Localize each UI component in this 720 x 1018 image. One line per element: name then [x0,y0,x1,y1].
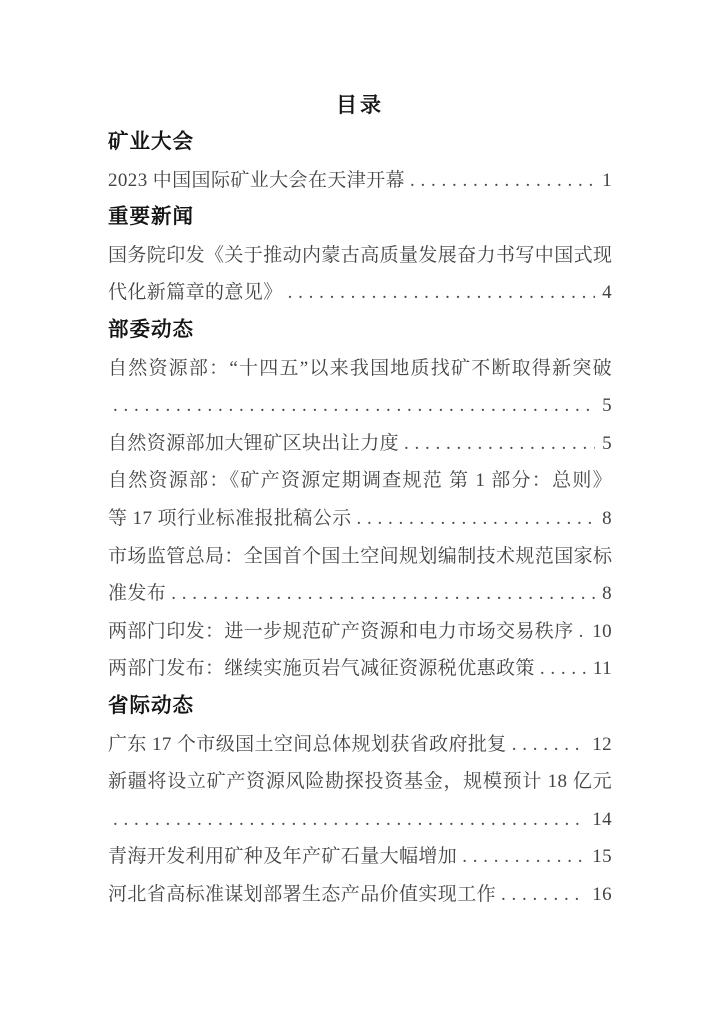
dot-leader: . . . . . . . . . . . . . . . . . . . . … [457,838,585,876]
toc-page-number: 5 [595,387,612,425]
toc-entry-text: 自然资源部加大锂矿区块出让力度 [108,425,399,463]
toc-page-number: 1 [595,162,612,200]
dot-leader: . . . . . . . . . . . . . . . . . . . . … [108,387,595,425]
toc-entry-continuation: 自然资源部：“十四五”以来我国地质找矿不断取得新突破 [108,350,612,388]
toc-entry-text: 2023 中国国际矿业大会在天津开幕 [108,162,405,200]
toc-entry: 广东 17 个市级国土空间总体规划获省政府批复. . . . . . . . .… [108,726,612,764]
dot-leader: . . . . . . . . . . . . . . . . . . . . … [352,500,596,538]
toc-page-number: 8 [595,500,612,538]
toc-entry: 自然资源部加大锂矿区块出让力度. . . . . . . . . . . . .… [108,425,612,463]
toc-page-number: 16 [585,876,612,914]
toc-section-heading: 部委动态 [108,312,612,350]
toc-entry-text: 两部门发布：继续实施页岩气减征资源税优惠政策 [108,650,535,688]
toc-entry-text: 等 17 项行业标准报批稿公示 [108,500,352,538]
toc-page-number: 11 [586,650,612,688]
toc-entry-text: 准发布 [108,575,166,613]
toc-section-heading: 矿业大会 [108,124,612,162]
toc-entry: 河北省高标准谋划部署生态产品价值实现工作. . . . . . . . . . … [108,876,612,914]
toc-entry: 两部门印发：进一步规范矿产资源和电力市场交易秩序. . . . . . . . … [108,613,612,651]
dot-leader: . . . . . . . . . . . . . . . . . . . . … [405,162,595,200]
toc-entry-continuation: 自然资源部：《矿产资源定期调查规范 第 1 部分：总则》 [108,462,612,500]
toc-page-number: 14 [585,801,612,839]
dot-leader: . . . . . . . . . . . . . . . . . . . . … [166,575,595,613]
dot-leader: . . . . . . . . . . . . . . . . . . . . … [283,274,595,312]
dot-leader: . . . . . . . . . . . . . . . . . . . . … [535,650,586,688]
toc-entry-continuation: 国务院印发《关于推动内蒙古高质量发展奋力书写中国式现 [108,237,612,275]
dot-leader: . . . . . . . . . . . . . . . . . . . . … [574,613,586,651]
toc-entry-text: 广东 17 个市级国土空间总体规划获省政府批复 [108,726,507,764]
toc-title: 目录 [108,86,612,124]
toc-entry: 两部门发布：继续实施页岩气减征资源税优惠政策. . . . . . . . . … [108,650,612,688]
toc-page-number: 12 [585,726,612,764]
toc-page-number: 10 [585,613,612,651]
toc-page-number: 15 [585,838,612,876]
toc-page-number: 8 [595,575,612,613]
toc-entry: 2023 中国国际矿业大会在天津开幕. . . . . . . . . . . … [108,162,612,200]
toc-entry-text: 代化新篇章的意见》 [108,274,283,312]
toc-entry: 代化新篇章的意见》. . . . . . . . . . . . . . . .… [108,274,612,312]
toc-entry-text: 河北省高标准谋划部署生态产品价值实现工作 [108,876,496,914]
toc-entry-text: 青海开发利用矿种及年产矿石量大幅增加 [108,838,457,876]
toc-entry: . . . . . . . . . . . . . . . . . . . . … [108,387,612,425]
toc-page-number: 5 [595,425,612,463]
toc-entry-text: 两部门印发：进一步规范矿产资源和电力市场交易秩序 [108,613,574,651]
toc-page-number: 4 [595,274,612,312]
dot-leader: . . . . . . . . . . . . . . . . . . . . … [108,801,585,839]
toc-entry: 准发布. . . . . . . . . . . . . . . . . . .… [108,575,612,613]
toc-entry: . . . . . . . . . . . . . . . . . . . . … [108,801,612,839]
toc-entry-continuation: 新疆将设立矿产资源风险勘探投资基金，规模预计 18 亿元 [108,763,612,801]
toc-section-heading: 重要新闻 [108,199,612,237]
document-page: 目录 矿业大会2023 中国国际矿业大会在天津开幕. . . . . . . .… [0,0,720,1018]
dot-leader: . . . . . . . . . . . . . . . . . . . . … [496,876,585,914]
dot-leader: . . . . . . . . . . . . . . . . . . . . … [399,425,595,463]
toc-entry-continuation: 市场监管总局：全国首个国土空间规划编制技术规范国家标 [108,538,612,576]
toc-entry: 等 17 项行业标准报批稿公示. . . . . . . . . . . . .… [108,500,612,538]
dot-leader: . . . . . . . . . . . . . . . . . . . . … [507,726,585,764]
toc-section-heading: 省际动态 [108,688,612,726]
toc-lines: 矿业大会2023 中国国际矿业大会在天津开幕. . . . . . . . . … [108,124,612,913]
toc-entry: 青海开发利用矿种及年产矿石量大幅增加. . . . . . . . . . . … [108,838,612,876]
